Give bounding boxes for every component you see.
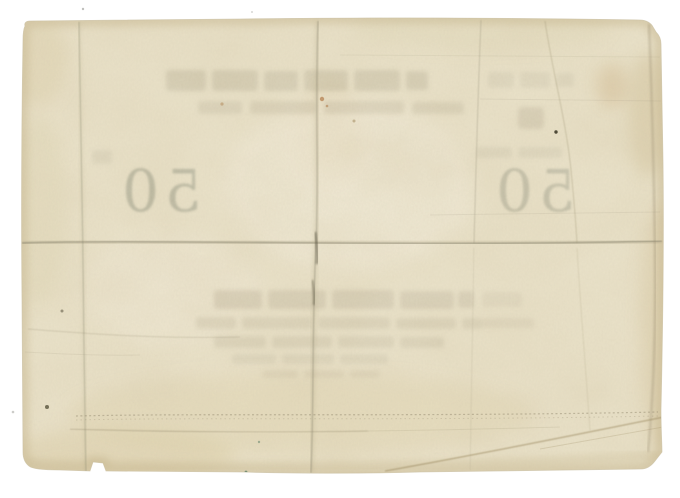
photo-background: 50 50	[0, 0, 680, 498]
rust-spot	[320, 97, 324, 101]
black-speck	[554, 130, 557, 133]
bleedthrough-numeral-right: 50	[490, 157, 576, 225]
banknote-reverse-photo: 50 50	[0, 0, 680, 498]
bleedthrough-numeral-left: 50	[116, 157, 202, 225]
